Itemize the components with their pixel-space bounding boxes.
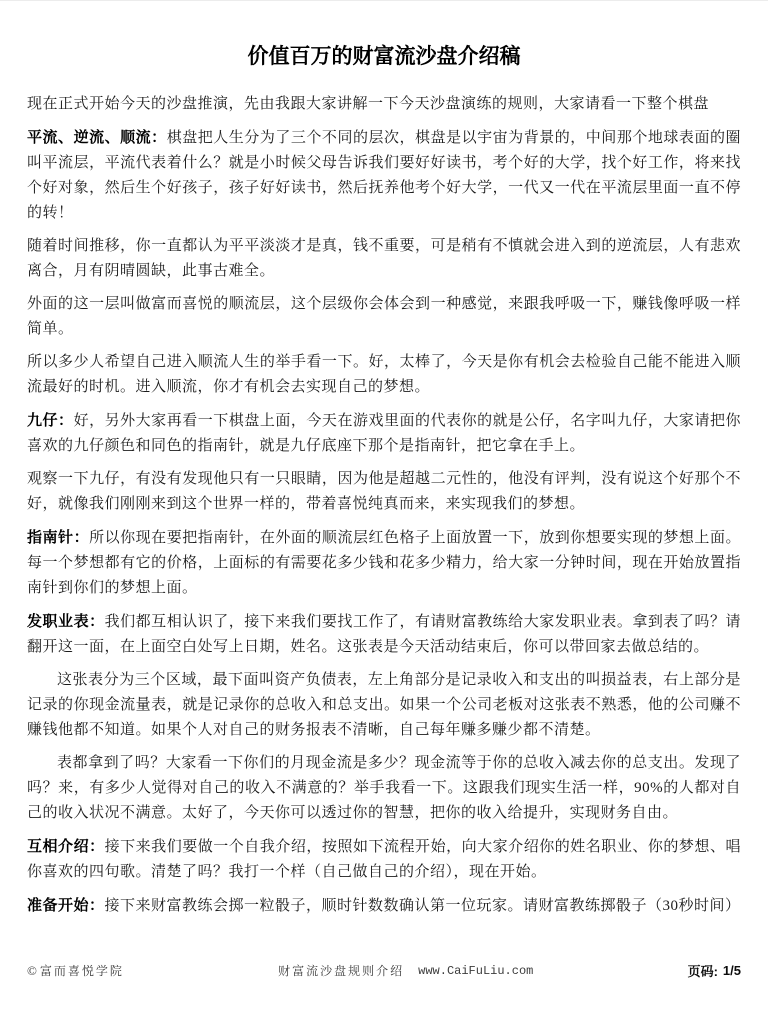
page-footer: © 富而喜悦学院 财富流沙盘规则介绍 www.CaiFuLiu.com 页码: … <box>27 961 741 980</box>
footer-brand: © 富而喜悦学院 <box>27 962 124 979</box>
paragraph-observe: 观察一下九仔，有没有发现他只有一只眼睛，因为他是超越二元性的，他没有评判，没有说… <box>27 467 741 517</box>
paragraph-text: 接下来财富教练会掷一粒骰子，顺时针数数确认第一位玩家。请财富教练掷骰子（30秒时… <box>105 898 741 914</box>
paragraph-text: 随着时间推移，你一直都认为平平淡淡才是真，钱不重要，可是稍有不慎就会进入到的逆流… <box>27 238 741 279</box>
paragraph-text: 我们都互相认识了，接下来我们要找工作了，有请财富教练给大家发职业表。拿到表了吗？… <box>27 614 741 655</box>
footer-doc-info: 财富流沙盘规则介绍 www.CaiFuLiu.com <box>278 962 533 979</box>
page-number-label: 页码: <box>688 961 718 980</box>
paragraph-outer-layer: 外面的这一层叫做富而喜悦的顺流层，这个层级你会体会到一种感觉，来跟我呼吸一下，赚… <box>27 292 741 342</box>
section-label-get-ready: 准备开始： <box>27 897 105 914</box>
paragraph-text: 所以多少人希望自己进入顺流人生的举手看一下。好，太棒了，今天是你有机会去检验自己… <box>27 354 741 395</box>
paragraph-layers: 平流、逆流、顺流：棋盘把人生分为了三个不同的层次，棋盘是以宇宙为背景的，中间那个… <box>27 125 741 226</box>
paragraph-job-sheet: 发职业表：我们都互相认识了，接下来我们要找工作了，有请财富教练给大家发职业表。拿… <box>27 609 741 660</box>
page-title: 价值百万的财富流沙盘介绍稿 <box>27 43 741 71</box>
paragraph-get-ready: 准备开始：接下来财富教练会掷一粒骰子，顺时针数数确认第一位玩家。请财富教练掷骰子… <box>27 893 741 919</box>
paragraph-jiuzai: 九仔：好，另外大家再看一下棋盘上面，今天在游戏里面的代表你的就是公仔，名字叫九仔… <box>27 408 741 459</box>
copyright-icon: © <box>27 963 37 979</box>
footer-brand-name: 富而喜悦学院 <box>40 962 124 979</box>
footer-doc-title: 财富流沙盘规则介绍 <box>278 962 404 979</box>
paragraph-intro: 现在正式开始今天的沙盘推演，先由我跟大家讲解一下今天沙盘演练的规则，大家请看一下… <box>27 92 741 117</box>
paragraph-text: 好，另外大家再看一下棋盘上面，今天在游戏里面的代表你的就是公仔，名字叫九仔，大家… <box>27 413 741 454</box>
paragraph-compass: 指南针：所以你现在要把指南针，在外面的顺流层红色格子上面放置一下，放到你想要实现… <box>27 525 741 601</box>
section-label-job-sheet: 发职业表： <box>27 613 105 630</box>
paragraph-cashflow: 表都拿到了吗？大家看一下你们的月现金流是多少？现金流等于你的总收入减去你的总支出… <box>27 751 741 826</box>
paragraph-text: 接下来我们要做一个自我介绍，按照如下流程开始，向大家介绍你的姓名职业、你的梦想、… <box>27 839 741 880</box>
paragraph-introductions: 互相介绍：接下来我们要做一个自我介绍，按照如下流程开始，向大家介绍你的姓名职业、… <box>27 834 741 885</box>
footer-url: www.CaiFuLiu.com <box>418 964 533 978</box>
paragraph-text: 外面的这一层叫做富而喜悦的顺流层，这个层级你会体会到一种感觉，来跟我呼吸一下，赚… <box>27 296 741 337</box>
paragraph-text: 所以你现在要把指南针，在外面的顺流层红色格子上面放置一下，放到你想要实现的梦想上… <box>27 530 741 596</box>
paragraph-text: 现在正式开始今天的沙盘推演，先由我跟大家讲解一下今天沙盘演练的规则，大家请看一下… <box>27 96 709 112</box>
section-label-introductions: 互相介绍： <box>27 838 105 855</box>
section-label-compass: 指南针： <box>27 529 89 546</box>
paragraph-text: 这张表分为三个区域，最下面叫资产负债表，左上角部分是记录收入和支出的叫损益表，右… <box>27 672 741 738</box>
section-label-jiuzai: 九仔： <box>27 412 74 429</box>
paragraph-text: 表都拿到了吗？大家看一下你们的月现金流是多少？现金流等于你的总收入减去你的总支出… <box>27 755 741 821</box>
section-label-layers: 平流、逆流、顺流： <box>27 129 167 146</box>
paragraph-text: 观察一下九仔，有没有发现他只有一只眼睛，因为他是超越二元性的，他没有评判，没有说… <box>27 471 741 512</box>
paragraph-time: 随着时间推移，你一直都认为平平淡淡才是真，钱不重要，可是稍有不慎就会进入到的逆流… <box>27 234 741 284</box>
page-number-value: 1/5 <box>723 963 741 978</box>
document-page: 价值百万的财富流沙盘介绍稿 现在正式开始今天的沙盘推演，先由我跟大家讲解一下今天… <box>0 0 768 1024</box>
paragraph-sheet-regions: 这张表分为三个区域，最下面叫资产负债表，左上角部分是记录收入和支出的叫损益表，右… <box>27 668 741 743</box>
footer-page-number: 页码: 1/5 <box>688 961 741 980</box>
paragraph-raise-hands: 所以多少人希望自己进入顺流人生的举手看一下。好，太棒了，今天是你有机会去检验自己… <box>27 350 741 400</box>
